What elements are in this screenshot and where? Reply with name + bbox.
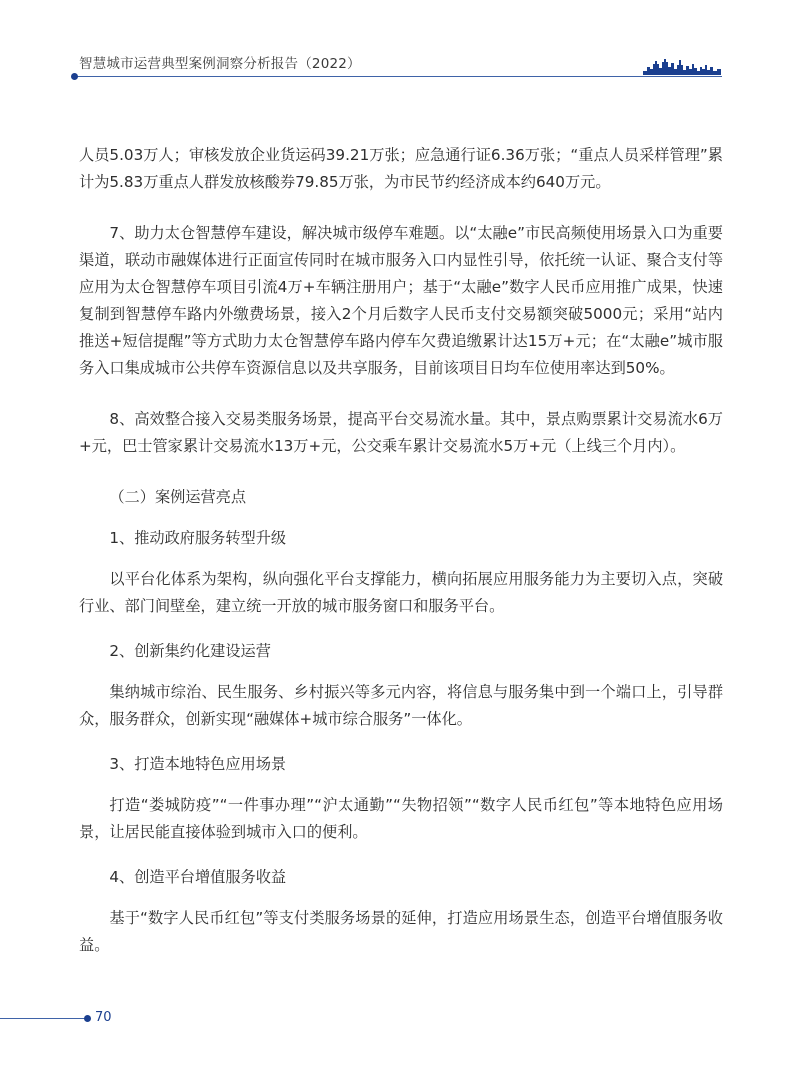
highlight-body-4: 基于“数字人民币红包”等支付类服务场景的延伸，打造应用场景生态，创造平台增值服务…: [79, 905, 723, 959]
header-bullet-dot: [71, 73, 78, 80]
header-divider: [74, 76, 722, 77]
highlight-body-3: 打造“娄城防疫”“一件事办理”“沪太通勤”“失物招领”“数字人民币红包”等本地特…: [79, 792, 723, 846]
highlight-body-1: 以平台化体系为架构，纵向强化平台支撑能力，横向拓展应用服务能力为主要切入点，突破…: [79, 566, 723, 620]
paragraph-item-7: 7、助力太仓智慧停车建设，解决城市级停车难题。以“太融e”市民高频使用场景入口为…: [79, 220, 723, 382]
section-heading: （二）案例运营亮点: [79, 484, 723, 511]
highlight-title-1: 1、推动政府服务转型升级: [79, 525, 723, 552]
footer-bullet-dot: [84, 1015, 91, 1022]
city-skyline-icon: [643, 55, 721, 75]
page-number: 70: [95, 1010, 112, 1025]
paragraph-continuation: 人员5.03万人；审核发放企业货运码39.21万张；应急通行证6.36万张；“重…: [79, 142, 723, 196]
highlight-title-4: 4、创造平台增值服务收益: [79, 864, 723, 891]
footer-divider: [0, 1018, 85, 1019]
report-title: 智慧城市运营典型案例洞察分析报告（2022）: [79, 52, 361, 72]
highlight-title-3: 3、打造本地特色应用场景: [79, 751, 723, 778]
page-body: 人员5.03万人；审核发放企业货运码39.21万张；应急通行证6.36万张；“重…: [79, 142, 723, 959]
highlight-title-2: 2、创新集约化建设运营: [79, 638, 723, 665]
highlight-body-2: 集纳城市综治、民生服务、乡村振兴等多元内容，将信息与服务集中到一个端口上，引导群…: [79, 679, 723, 733]
paragraph-item-8: 8、高效整合接入交易类服务场景，提高平台交易流水量。其中，景点购票累计交易流水6…: [79, 406, 723, 460]
